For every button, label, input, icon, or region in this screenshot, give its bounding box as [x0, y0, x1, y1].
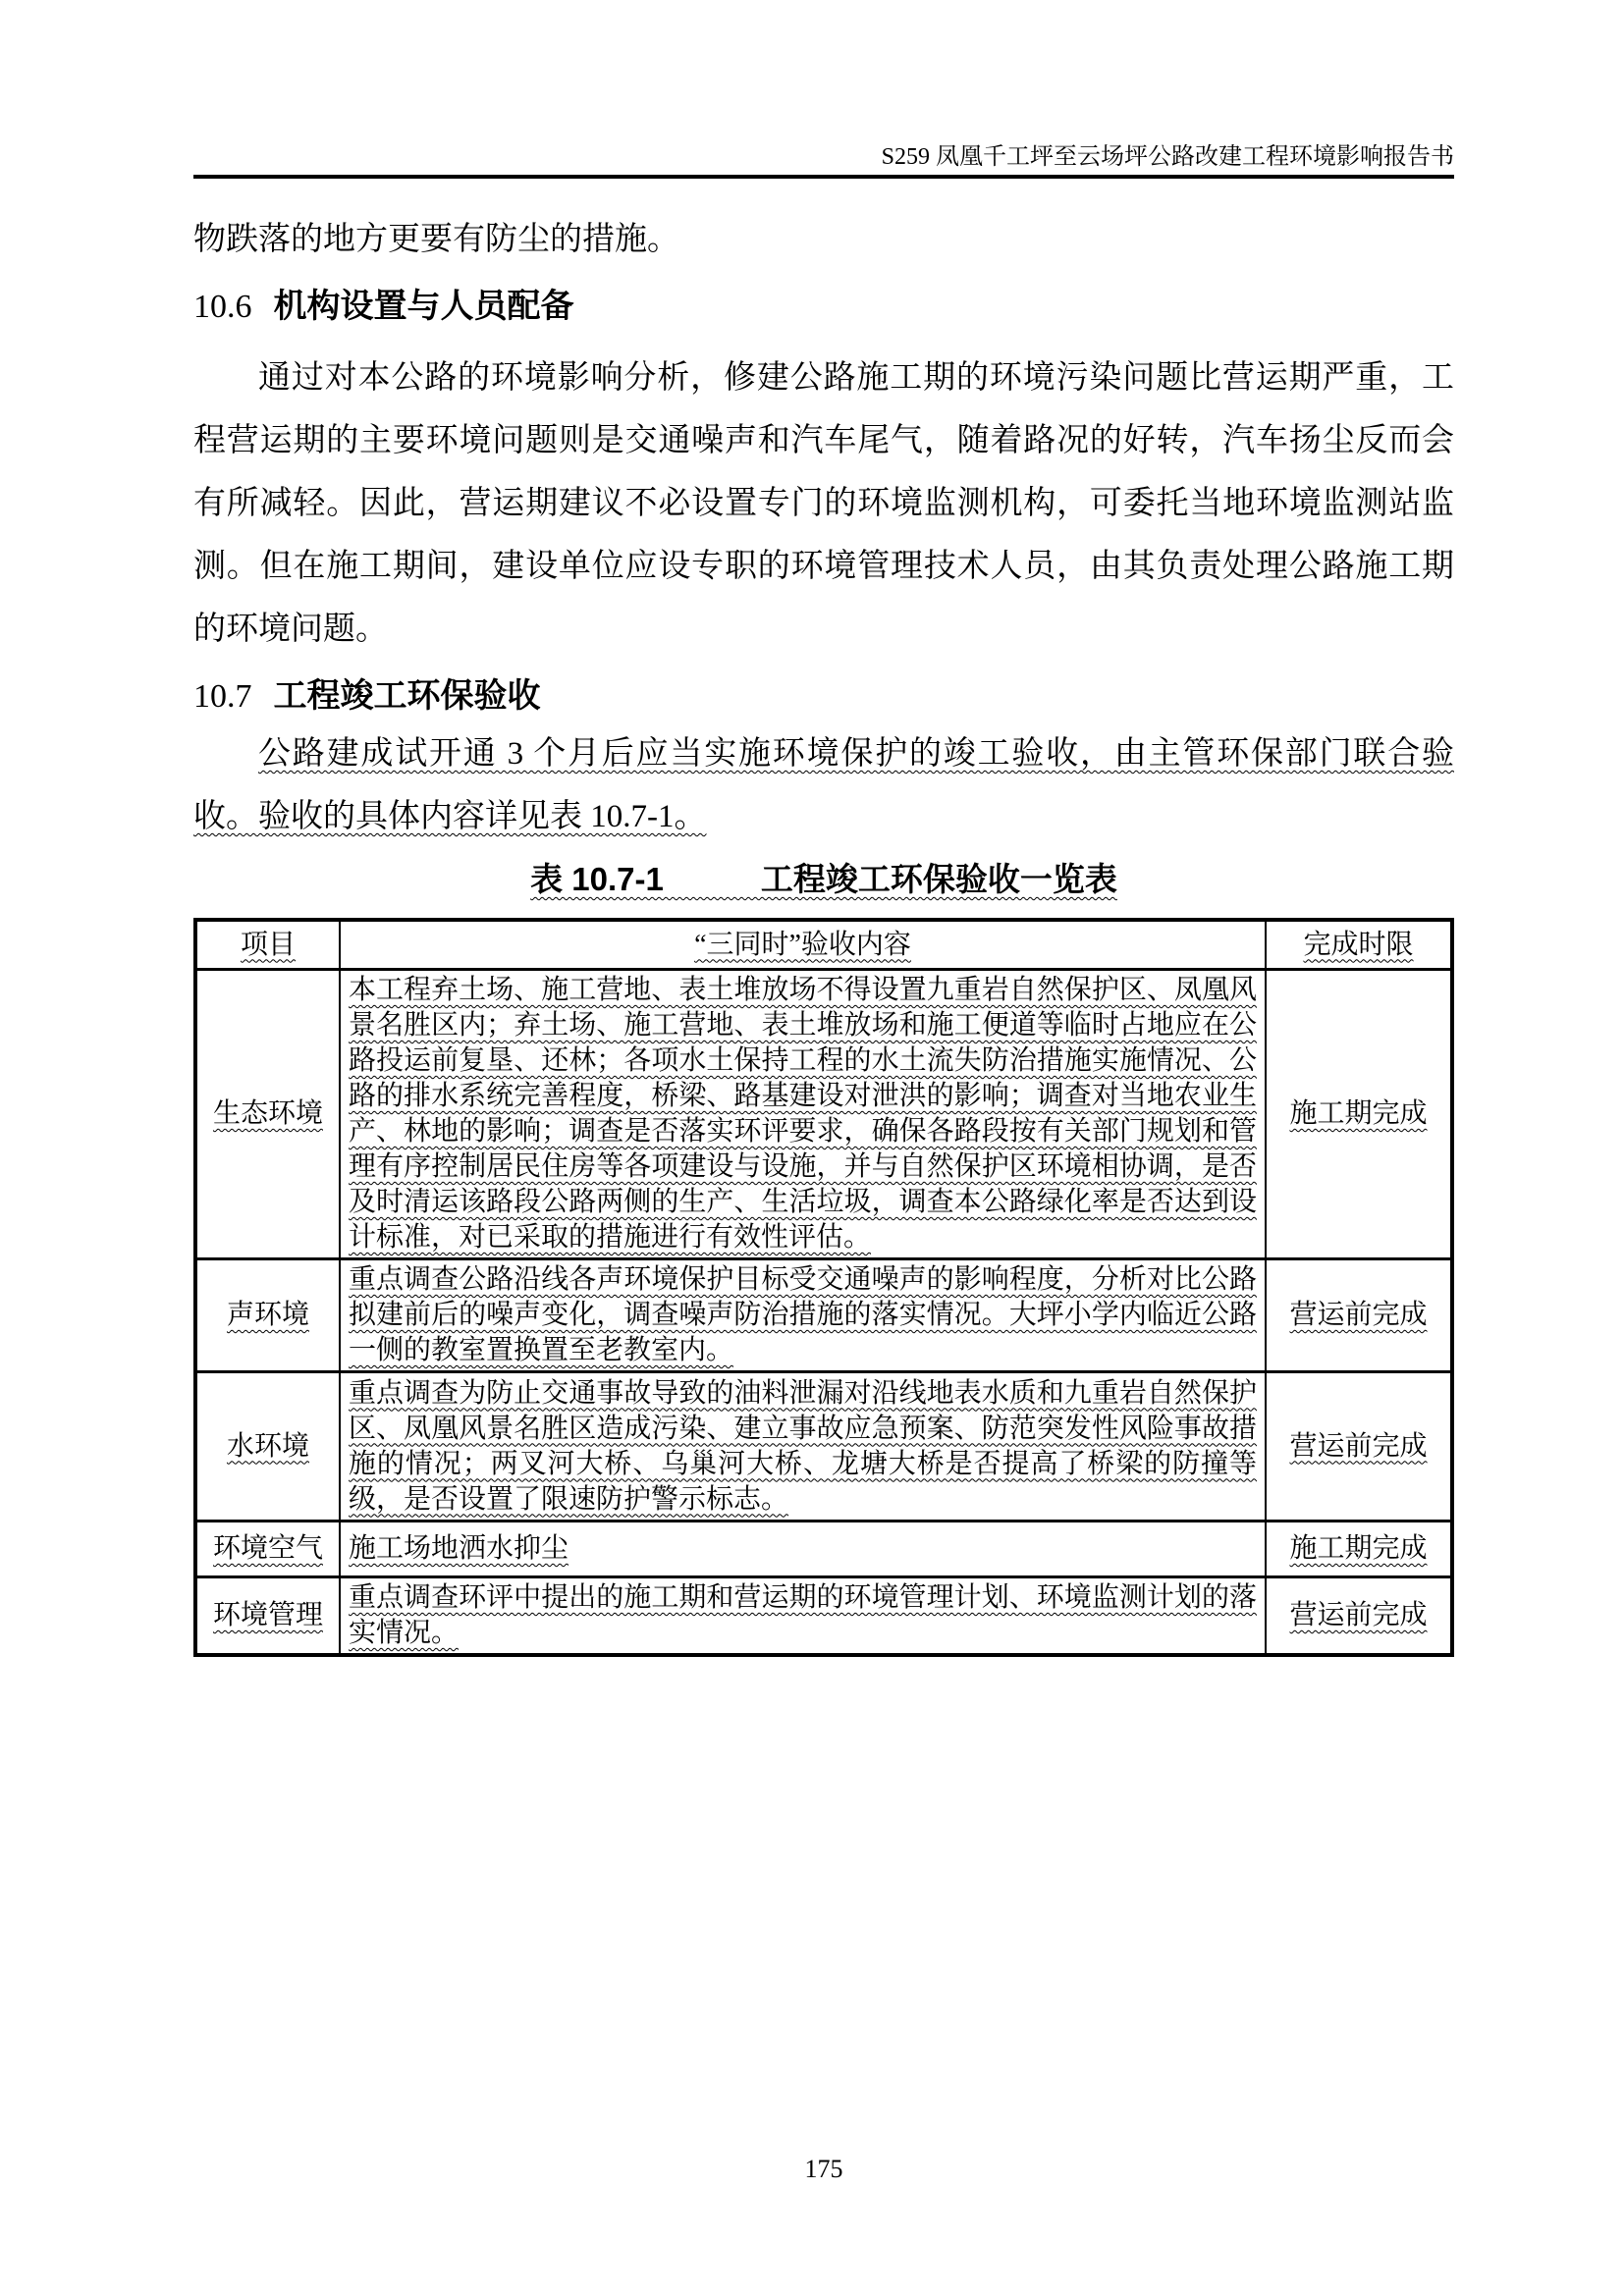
row-content: 施工场地洒水抑尘 — [340, 1522, 1266, 1577]
table-caption: 表 10.7-1 工程竣工环保验收一览表 — [193, 857, 1454, 902]
carryover-paragraph: 物跌落的地方更要有防尘的措施。 — [193, 208, 1454, 271]
section-10-6-number: 10.6 — [193, 289, 252, 325]
column-header-deadline: 完成时限 — [1266, 920, 1452, 970]
row-item-label: 生态环境 — [195, 970, 340, 1259]
row-deadline: 营运前完成 — [1266, 1372, 1452, 1522]
page-body: 物跌落的地方更要有防尘的措施。 10.6机构设置与人员配备 通过对本公路的环境影… — [193, 208, 1454, 1657]
acceptance-table: 项目 “三同时”验收内容 完成时限 生态环境 本工程弃土场、施工营地、表土堆放场… — [193, 918, 1454, 1657]
row-item-label: 环境管理 — [195, 1577, 340, 1656]
page-number: 175 — [193, 2155, 1454, 2184]
table-header-row: 项目 “三同时”验收内容 完成时限 — [195, 920, 1452, 970]
section-10-7-number: 10.7 — [193, 678, 252, 715]
table-row-noise: 声环境 重点调查公路沿线各声环境保护目标受交通噪声的影响程度，分析对比公路拟建前… — [195, 1259, 1452, 1372]
report-page: S259 凤凰千工坪至云场坪公路改建工程环境影响报告书 物跌落的地方更要有防尘的… — [0, 0, 1624, 2296]
table-row-water: 水环境 重点调查为防止交通事故导致的油料泄漏对沿线地表水质和九重岩自然保护区、凤… — [195, 1372, 1452, 1522]
row-item-label: 环境空气 — [195, 1522, 340, 1577]
row-item-label: 水环境 — [195, 1372, 340, 1522]
row-content: 重点调查为防止交通事故导致的油料泄漏对沿线地表水质和九重岩自然保护区、凤凰风景名… — [340, 1372, 1266, 1522]
table-row-air: 环境空气 施工场地洒水抑尘 施工期完成 — [195, 1522, 1452, 1577]
row-deadline: 营运前完成 — [1266, 1577, 1452, 1656]
section-10-6-paragraph: 通过对本公路的环境影响分析，修建公路施工期的环境污染问题比营运期严重，工程营运期… — [193, 347, 1454, 661]
section-10-7-title: 工程竣工环保验收 — [274, 677, 541, 715]
table-row-management: 环境管理 重点调查环评中提出的施工期和营运期的环境管理计划、环境监测计划的落实情… — [195, 1577, 1452, 1656]
row-item-label: 声环境 — [195, 1259, 340, 1372]
section-10-7-heading: 10.7工程竣工环保验收 — [193, 671, 1454, 721]
table-caption-text: 表 10.7-1 工程竣工环保验收一览表 — [530, 861, 1117, 897]
running-header: S259 凤凰千工坪至云场坪公路改建工程环境影响报告书 — [193, 0, 1454, 179]
section-10-6-title: 机构设置与人员配备 — [274, 288, 574, 325]
row-deadline: 施工期完成 — [1266, 1522, 1452, 1577]
row-content: 本工程弃土场、施工营地、表土堆放场不得设置九重岩自然保护区、凤凰风景名胜区内；弃… — [340, 970, 1266, 1259]
column-header-content: “三同时”验收内容 — [340, 920, 1266, 970]
section-10-7-paragraph: 公路建成试开通 3 个月后应当实施环境保护的竣工验收，由主管环保部门联合验收。验… — [193, 722, 1454, 848]
row-deadline: 营运前完成 — [1266, 1259, 1452, 1372]
row-content: 重点调查环评中提出的施工期和营运期的环境管理计划、环境监测计划的落实情况。 — [340, 1577, 1266, 1656]
section-10-6-heading: 10.6机构设置与人员配备 — [193, 282, 1454, 332]
report-title: S259 凤凰千工坪至云场坪公路改建工程环境影响报告书 — [882, 144, 1454, 170]
column-header-item: 项目 — [195, 920, 340, 970]
table-row-ecology: 生态环境 本工程弃土场、施工营地、表土堆放场不得设置九重岩自然保护区、凤凰风景名… — [195, 970, 1452, 1259]
row-content: 重点调查公路沿线各声环境保护目标受交通噪声的影响程度，分析对比公路拟建前后的噪声… — [340, 1259, 1266, 1372]
row-deadline: 施工期完成 — [1266, 970, 1452, 1259]
